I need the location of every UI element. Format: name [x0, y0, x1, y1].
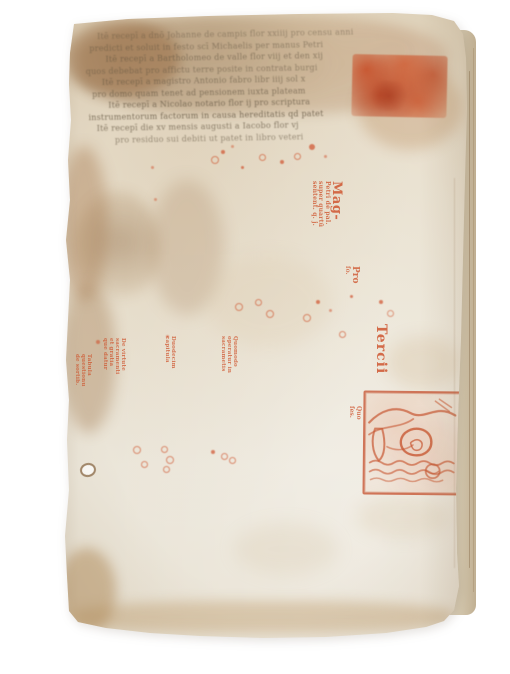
ink-mark [163, 466, 170, 473]
ink-mark [133, 446, 141, 454]
ink-mark [166, 335, 169, 338]
ink-mark [350, 295, 353, 298]
ink-mark [229, 457, 236, 464]
ink-mark [241, 166, 244, 169]
ink-mark [303, 314, 311, 322]
ink-mark [96, 340, 100, 344]
ink-mark [379, 300, 383, 304]
ink-mark [231, 145, 234, 148]
manuscript-leaf: Itē recepī a dnō Johanne de campis flor … [58, 8, 478, 642]
ink-mark [161, 446, 168, 453]
ink-mark [280, 160, 284, 164]
ink-mark [141, 461, 148, 468]
ink-mark [316, 300, 320, 304]
ink-mark [387, 310, 394, 317]
ink-mark [255, 299, 262, 306]
ink-mark [235, 303, 243, 311]
ink-mark [221, 150, 225, 154]
ink-mark [211, 156, 219, 164]
ink-mark [259, 154, 266, 161]
page-curl-crease [454, 178, 455, 568]
ink-mark [211, 450, 215, 454]
ink-mark [294, 153, 301, 160]
manuscript-leaf-wrapper: Itē recepī a dnō Johanne de campis flor … [58, 8, 478, 642]
photo-background: Itē recepī a dnō Johanne de campis flor … [0, 0, 510, 674]
ink-mark [151, 166, 154, 169]
ink-mark [309, 144, 315, 150]
ink-marks-layer [58, 8, 478, 642]
ink-mark [221, 453, 228, 460]
ink-mark [166, 456, 174, 464]
ink-mark [329, 309, 332, 312]
ink-mark [339, 331, 346, 338]
ink-mark [324, 155, 327, 158]
ink-mark [266, 310, 274, 318]
ink-mark [154, 198, 157, 201]
